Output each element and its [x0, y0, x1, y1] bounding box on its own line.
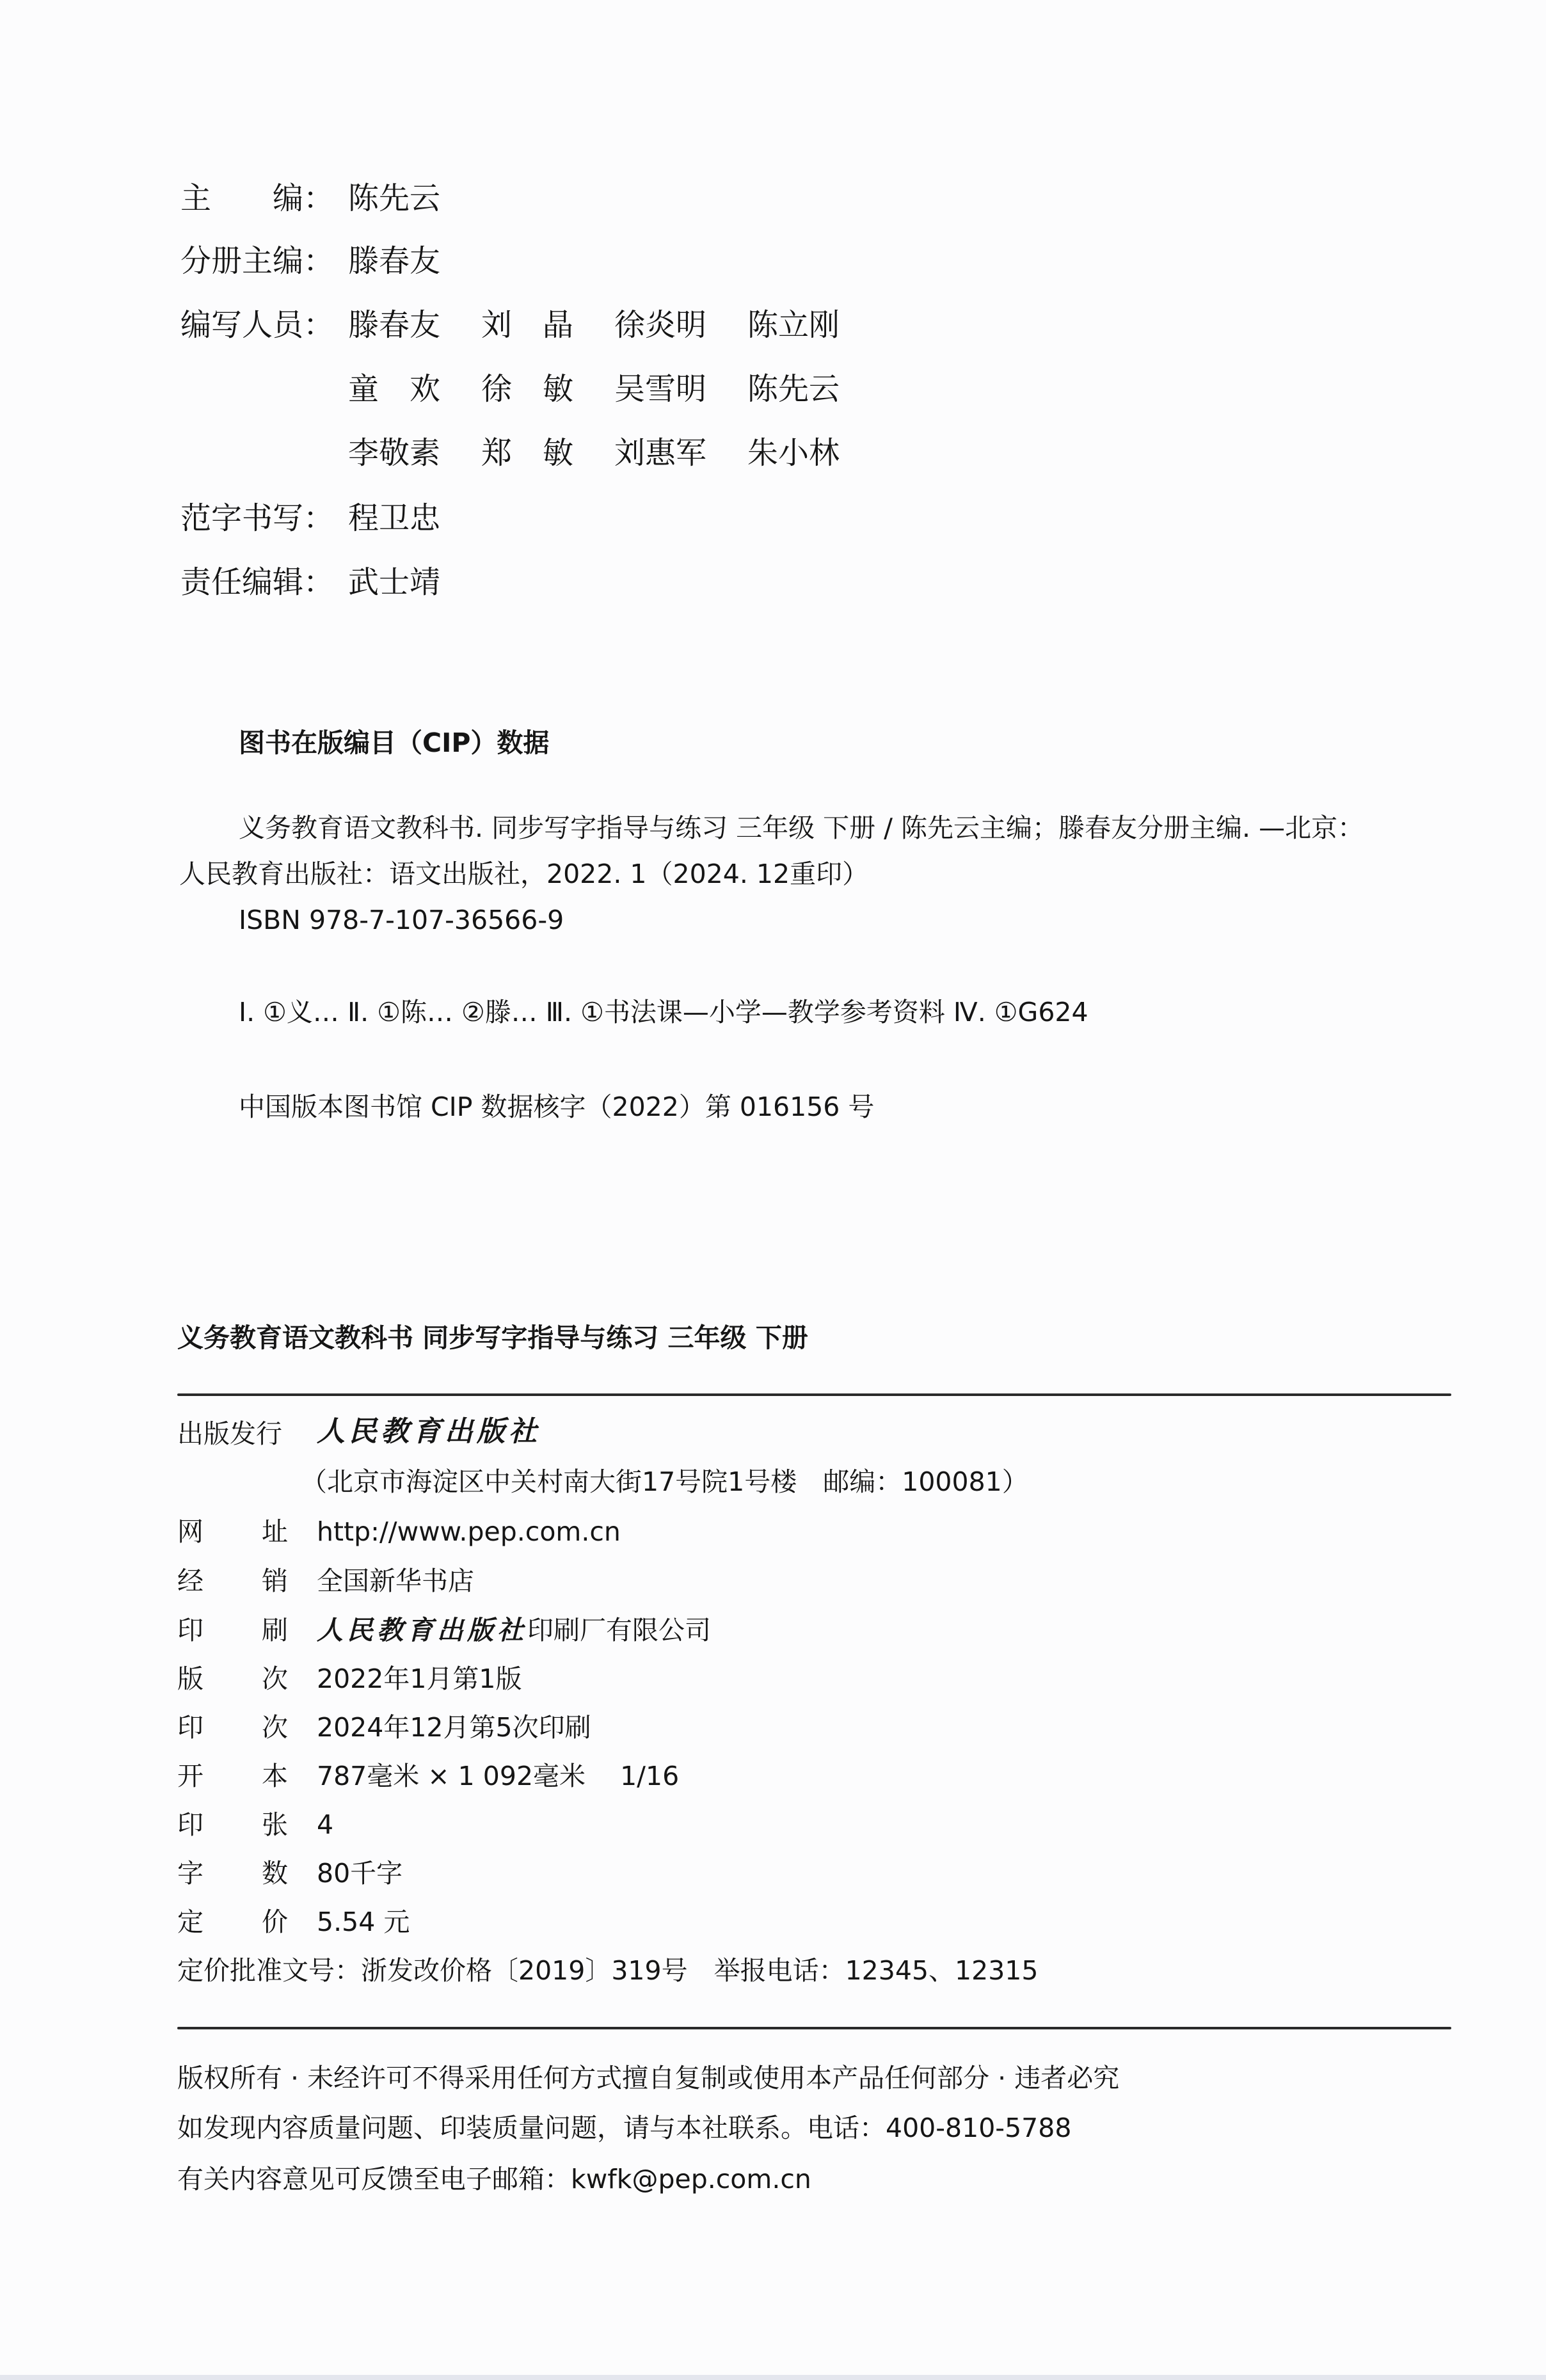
cip-heading: 图书在版编目（CIP）数据	[239, 726, 549, 759]
imprint-row-value: 80千字	[317, 1857, 402, 1890]
writer-name: 刘惠军	[614, 434, 747, 472]
writer-name: 刘 晶	[481, 306, 614, 344]
credit-label: 分册主编：	[180, 242, 348, 280]
printer-logo: 人民教育出版社	[317, 1615, 527, 1646]
imprint-row-label: 字数	[177, 1857, 288, 1890]
credit-writers-row-1: 编写人员：滕春友刘 晶徐炎明陈立刚	[180, 306, 881, 344]
feedback-notice: 有关内容意见可反馈至电子邮箱：kwfk@pep.com.cn	[177, 2162, 811, 2196]
imprint-row-label: 版次	[177, 1662, 288, 1695]
quality-notice: 如发现内容质量问题、印装质量问题，请与本社联系。电话：400-810-5788	[177, 2111, 1071, 2145]
book-title: 义务教育语文教科书 同步写字指导与练习 三年级 下册	[177, 1321, 808, 1354]
cip-line-2: 人民教育出版社：语文出版社，2022. 1（2024. 12重印）	[179, 857, 868, 891]
cip-verification: 中国版本图书馆 CIP 数据核字（2022）第 016156 号	[239, 1090, 874, 1123]
imprint-row-value: 人民教育出版社印刷厂有限公司	[317, 1614, 711, 1647]
writer-name: 郑 敏	[481, 434, 614, 472]
credit-value: 武士靖	[348, 564, 440, 600]
credit-writers-row-2: 童 欢徐 敏吴雪明陈先云	[180, 370, 881, 408]
credit-volume-editor: 分册主编：滕春友	[180, 242, 440, 280]
imprint-row-label: 定价	[177, 1905, 288, 1939]
credit-label: 责任编辑：	[180, 563, 348, 601]
copyright-notice: 版权所有 · 未经许可不得采用任何方式擅自复制或使用本产品任何部分 · 违者必究	[177, 2061, 1119, 2095]
imprint-row-value: 全国新华书店	[317, 1564, 474, 1598]
website-link[interactable]: http://www.pep.com.cn	[317, 1515, 621, 1548]
publisher-label: 出版发行	[177, 1417, 282, 1450]
imprint-row-value: 787毫米 × 1 092毫米 1/16	[317, 1759, 679, 1793]
credit-writers-row-3: 李敬素郑 敏刘惠军朱小林	[180, 434, 881, 472]
imprint-row-label: 经销	[177, 1564, 288, 1598]
divider-top	[177, 1393, 1451, 1396]
publisher-address: （北京市海淀区中关村南大街17号院1号楼 邮编：100081）	[301, 1465, 1028, 1498]
cip-line-1: 义务教育语文教科书. 同步写字指导与练习 三年级 下册 / 陈先云主编；滕春友分…	[239, 811, 1364, 845]
imprint-row-label: 印次	[177, 1711, 288, 1744]
imprint-row-label: 印刷	[177, 1614, 288, 1647]
credit-responsible-editor: 责任编辑：武士靖	[180, 563, 440, 601]
cip-classification: Ⅰ. ①义… Ⅱ. ①陈… ②滕… Ⅲ. ①书法课—小学—教学参考资料 Ⅳ. ①…	[239, 996, 1088, 1029]
credit-calligraphy: 范字书写：程卫忠	[180, 499, 440, 537]
writer-name: 童 欢	[348, 370, 481, 408]
writer-name: 李敬素	[348, 434, 481, 472]
divider-bottom	[177, 2027, 1451, 2029]
credit-label: 编写人员：	[180, 306, 348, 344]
writer-name: 徐 敏	[481, 370, 614, 408]
writer-name: 滕春友	[348, 306, 481, 344]
imprint-row-value: 2024年12月第5次印刷	[317, 1711, 591, 1744]
writer-name: 吴雪明	[614, 370, 747, 408]
credit-label: 主 编：	[180, 179, 348, 218]
writer-name: 徐炎明	[614, 306, 747, 344]
writer-name: 朱小林	[747, 434, 881, 472]
publisher-name-logo: 人民教育出版社	[317, 1414, 541, 1450]
page-edge	[0, 2375, 1546, 2380]
imprint-row-value: 5.54 元	[317, 1905, 410, 1939]
credit-value: 陈先云	[348, 180, 440, 216]
cip-isbn: ISBN 978-7-107-36566-9	[239, 903, 564, 937]
credit-chief-editor: 主 编：陈先云	[180, 179, 440, 218]
imprint-row-label: 印张	[177, 1808, 288, 1841]
price-approval: 定价批准文号：浙发改价格〔2019〕319号 举报电话：12345、12315	[177, 1954, 1038, 1987]
credit-label: 范字书写：	[180, 499, 348, 537]
imprint-row-value: 2022年1月第1版	[317, 1662, 522, 1695]
writer-name: 陈立刚	[747, 306, 881, 344]
imprint-row-label: 网址	[177, 1515, 288, 1548]
imprint-row-label: 开本	[177, 1759, 288, 1793]
writer-name: 陈先云	[747, 370, 881, 408]
credit-value: 程卫忠	[348, 500, 440, 536]
credit-value: 滕春友	[348, 243, 440, 279]
imprint-row-value: 4	[317, 1808, 333, 1841]
